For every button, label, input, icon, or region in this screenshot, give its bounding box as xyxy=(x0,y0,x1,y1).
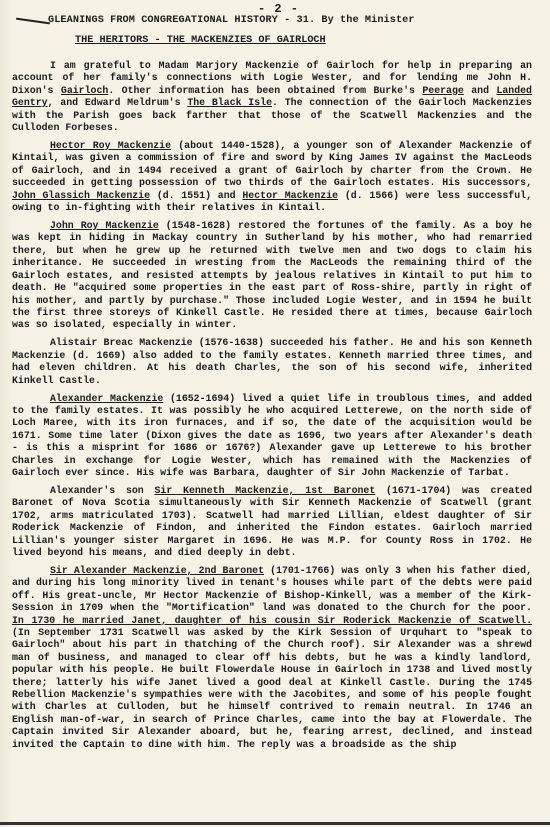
paragraph: I am grateful to Madam Marjory Mackenzie… xyxy=(12,60,532,134)
page-bottom-edge xyxy=(0,822,550,825)
text-segment: and xyxy=(464,85,497,96)
underlined-text: In 1730 he married Janet, daughter of hi… xyxy=(12,615,532,626)
text-segment: (1652-1694) lived a quiet life in troubl… xyxy=(12,393,532,478)
underlined-text: Sir Alexander Mackenzie, 2nd Baronet xyxy=(50,565,264,576)
text-segment: (1548-1628) restored the fortunes of the… xyxy=(12,220,532,330)
document-page: - 2 - GLEANINGS FROM CONGREGATIONAL HIST… xyxy=(0,0,550,827)
text-segment: , and Edward Meldrum's xyxy=(48,97,188,108)
paragraph: Alexander Mackenzie (1652-1694) lived a … xyxy=(12,393,532,480)
paragraph: Alistair Breac Mackenzie (1576-1638) suc… xyxy=(12,337,532,387)
underlined-text: Gairloch xyxy=(61,85,108,96)
pen-mark-arrow xyxy=(16,18,50,25)
underlined-text: Hector Mackenzie xyxy=(242,190,338,201)
document-title: GLEANINGS FROM CONGREGATIONAL HISTORY - … xyxy=(48,15,415,26)
paragraph: John Roy Mackenzie (1548-1628) restored … xyxy=(12,220,532,332)
text-segment: (In September 1731 Scatwell was asked by… xyxy=(12,627,532,750)
text-segment: Alistair Breac Mackenzie (1576-1638) suc… xyxy=(12,337,532,385)
underlined-text: John Roy Mackenzie xyxy=(50,220,159,231)
paragraph: Hector Roy Mackenzie (about 1440-1528), … xyxy=(12,140,532,214)
underlined-text: Peerage xyxy=(422,85,463,96)
text-segment: (d. 1551) and xyxy=(150,190,242,201)
paragraph: Sir Alexander Mackenzie, 2nd Baronet (17… xyxy=(12,565,532,751)
underlined-text: Hector Roy Mackenzie xyxy=(50,140,171,151)
underlined-text: John Glassich Mackenzie xyxy=(12,190,150,201)
text-segment: . Other information has been obtained fr… xyxy=(108,85,422,96)
underlined-text: Alexander Mackenzie xyxy=(50,393,163,404)
paragraph: Alexander's son Sir Kenneth Mackenzie, 1… xyxy=(12,485,532,559)
underlined-text: The Black Isle xyxy=(187,97,272,108)
underlined-text: Sir Kenneth Mackenzie, 1st Baronet xyxy=(154,485,375,496)
document-subtitle: THE HERITORS - THE MACKENZIES OF GAIRLOC… xyxy=(75,35,326,46)
page-number: - 2 - xyxy=(258,2,299,16)
text-segment: Alexander's son xyxy=(50,485,154,496)
document-body: I am grateful to Madam Marjory Mackenzie… xyxy=(12,60,532,757)
